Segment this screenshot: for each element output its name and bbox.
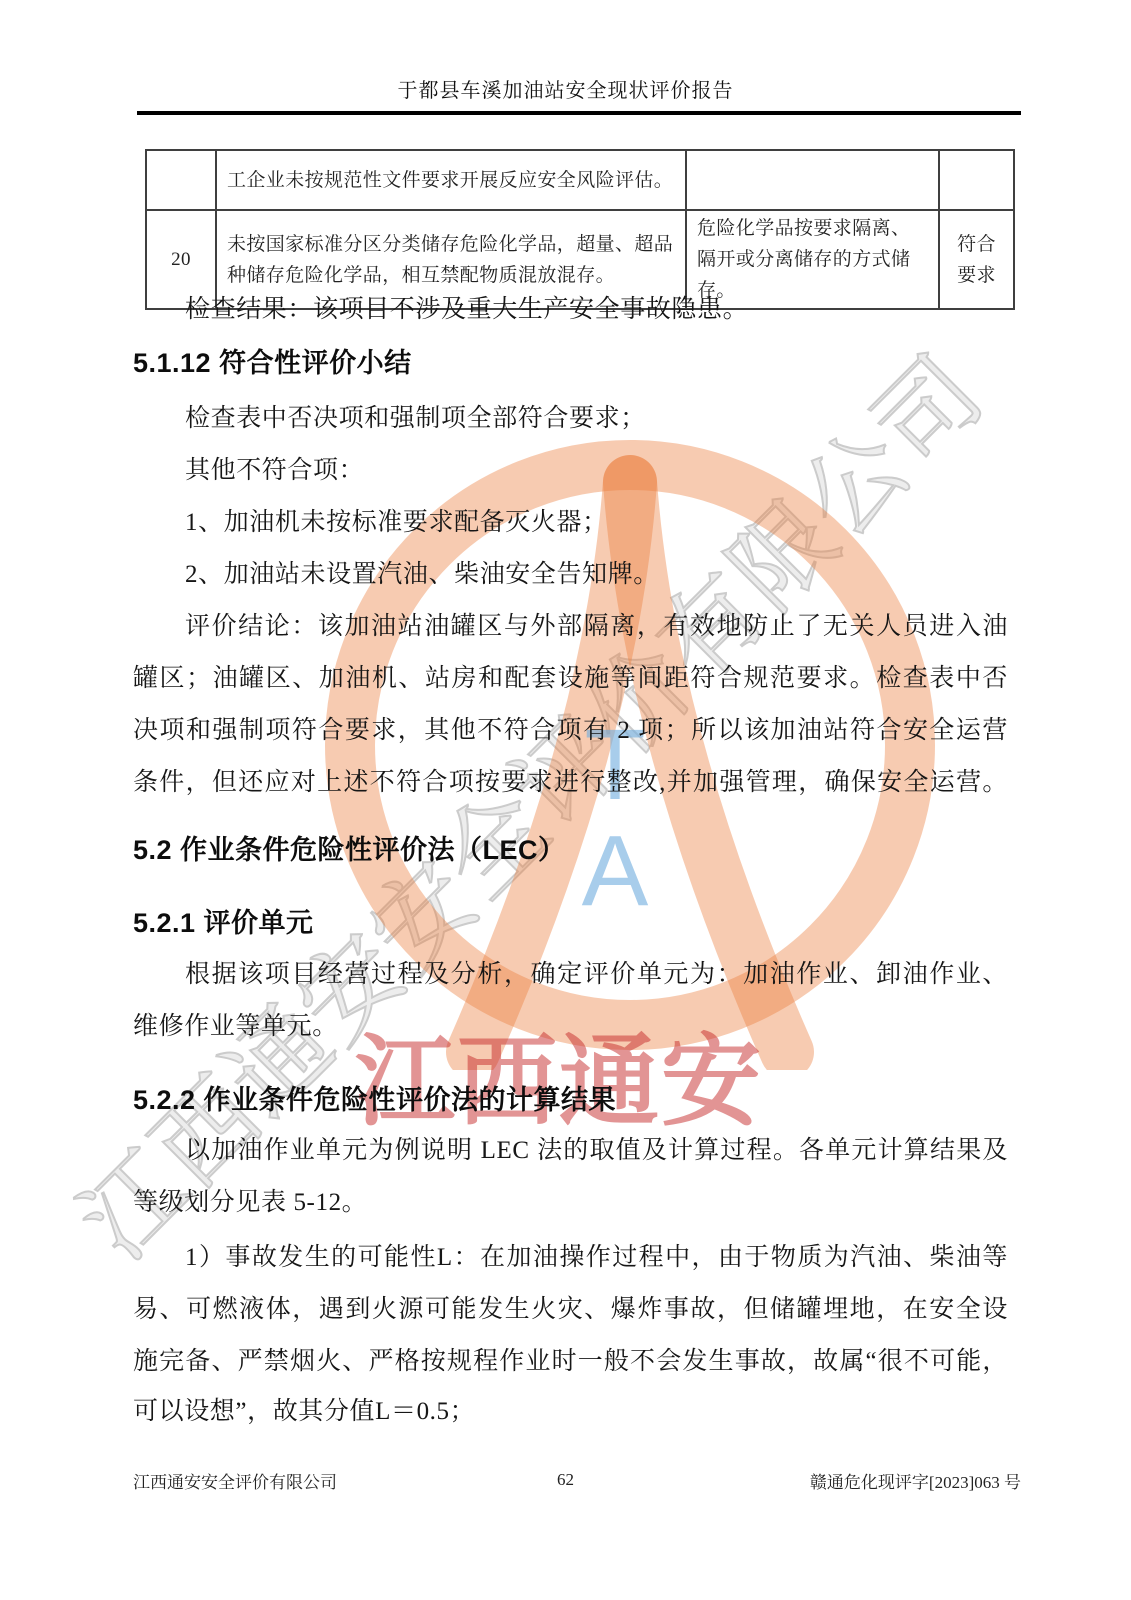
paragraph-line: 可以设想”，故其分值L＝0.5；: [133, 1395, 1008, 1429]
cell-measure: [686, 150, 939, 210]
cell-check-item: 工企业未按规范性文件要求开展反应安全风险评估。: [216, 150, 686, 210]
paragraph-line: 施完备、严禁烟火、严格按规程作业时一般不会发生事故，故属“很不可能，: [133, 1345, 1008, 1379]
page-header-title: 于都县车溪加油站安全现状评价报告: [0, 74, 1131, 103]
footer-doc-number: 赣通危化现评字[2023]063 号: [810, 1468, 1021, 1493]
table-row: 工企业未按规范性文件要求开展反应安全风险评估。: [146, 150, 1014, 210]
section-heading-521: 5.2.1 评价单元: [133, 901, 314, 940]
cell-row-number: [146, 150, 216, 210]
compliance-table: 工企业未按规范性文件要求开展反应安全风险评估。 20 未按国家标准分区分类储存危…: [145, 149, 1015, 310]
paragraph-line: 1）事故发生的可能性L：在加油操作过程中，由于物质为汽油、柴油等: [133, 1241, 1008, 1275]
logo-letter-a: A: [550, 818, 680, 924]
paragraph-check-result: 检查结果：该项目不涉及重大生产安全事故隐患。: [133, 293, 1008, 327]
document-page: 江西通安安全评价有限公司 T A 江西通安 于都县车溪加油站安全现状评价报告 工…: [0, 0, 1131, 1600]
paragraph-line: 检查表中否决项和强制项全部符合要求；: [133, 402, 1008, 436]
paragraph-line: 易、可燃液体，遇到火源可能发生火灾、爆炸事故，但储罐埋地，在安全设: [133, 1293, 1008, 1327]
paragraph-line: 维修作业等单元。: [133, 1010, 1008, 1044]
header-rule: [137, 111, 1021, 115]
section-heading-52: 5.2 作业条件危险性评价法（LEC）: [133, 828, 566, 867]
paragraph-line: 评价结论：该加油站油罐区与外部隔离，有效地防止了无关人员进入油: [133, 610, 1008, 644]
cell-result: [939, 150, 1014, 210]
section-heading-5112: 5.1.12 符合性评价小结: [133, 341, 412, 380]
paragraph-line: 1、加油机未按标准要求配备灭火器；: [133, 506, 1008, 540]
paragraph-line: 以加油作业单元为例说明 LEC 法的取值及计算过程。各单元计算结果及: [133, 1134, 1008, 1168]
paragraph-line: 条件，但还应对上述不符合项按要求进行整改,并加强管理，确保安全运营。: [133, 766, 1008, 800]
paragraph-line: 等级划分见表 5-12。: [133, 1186, 1008, 1220]
paragraph-line: 2、加油站未设置汽油、柴油安全告知牌。: [133, 558, 1008, 592]
paragraph-line: 决项和强制项符合要求，其他不符合项有 2 项；所以该加油站符合安全运营: [133, 714, 1008, 748]
paragraph-line: 罐区；油罐区、加油机、站房和配套设施等间距符合规范要求。检查表中否: [133, 662, 1008, 696]
paragraph-line: 根据该项目经营过程及分析，确定评价单元为：加油作业、卸油作业、: [133, 958, 1008, 992]
paragraph-line: 其他不符合项：: [133, 454, 1008, 488]
section-heading-522: 5.2.2 作业条件危险性评价法的计算结果: [133, 1078, 616, 1117]
